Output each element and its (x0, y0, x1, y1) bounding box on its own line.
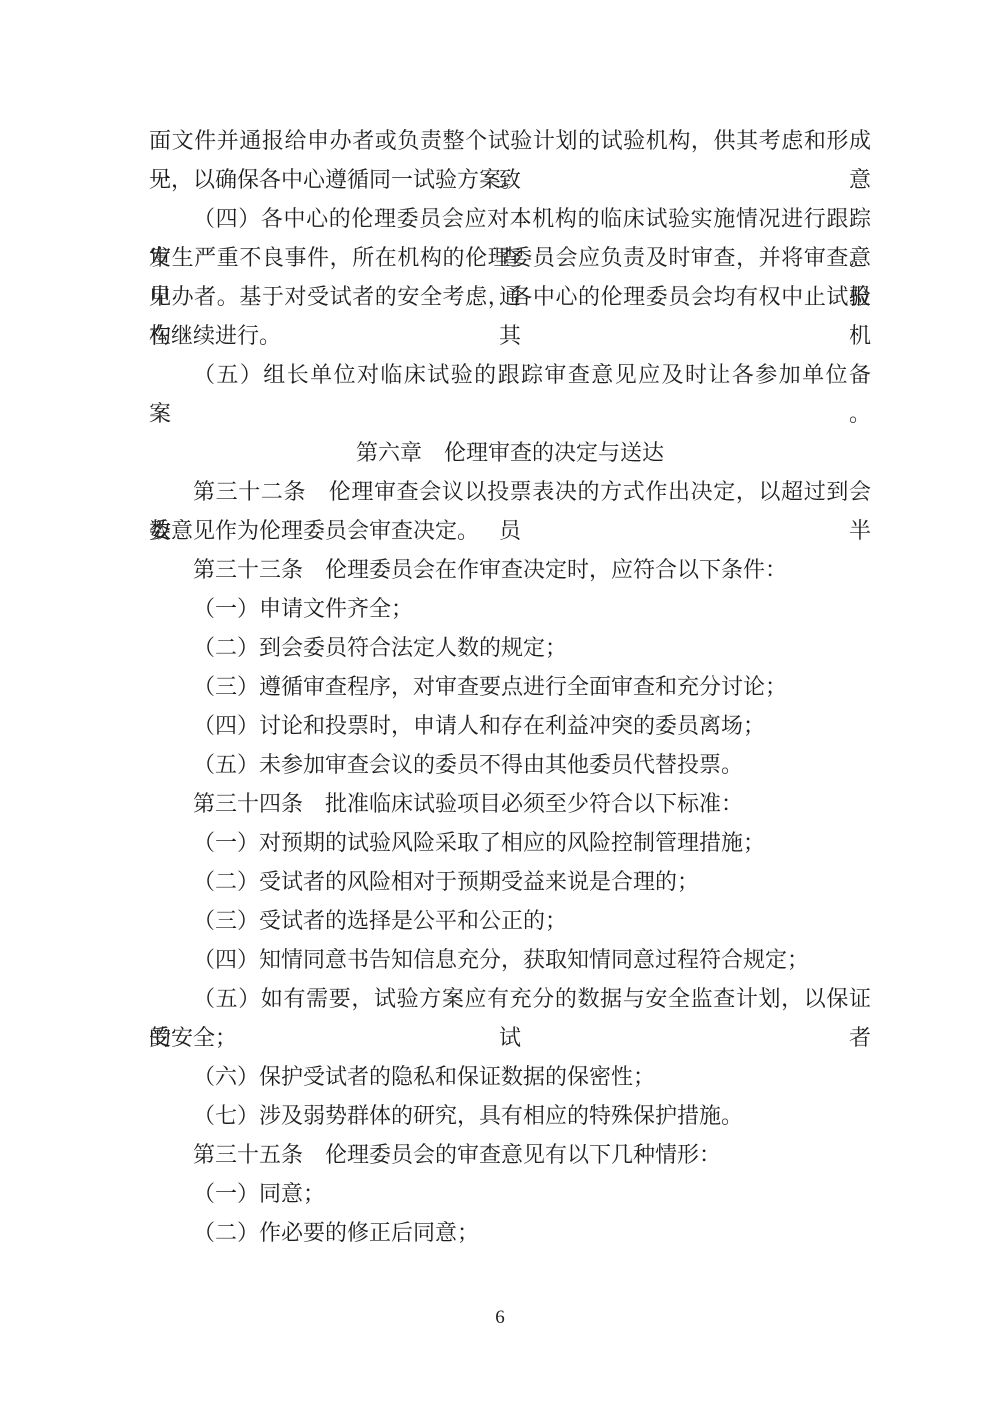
paragraph-line: 第三十五条 伦理委员会的审查意见有以下几种情形： (149, 1135, 871, 1174)
paragraph-line: （一）同意； (149, 1174, 871, 1213)
paragraph-line: 第三十二条 伦理审查会议以投票表决的方式作出决定，以超过到会委员半 (149, 472, 871, 511)
paragraph-line: 第三十三条 伦理委员会在作审查决定时，应符合以下条件： (149, 550, 871, 589)
paragraph-line: （四）讨论和投票时，申请人和存在利益冲突的委员离场； (149, 706, 871, 745)
paragraph-line: （二）作必要的修正后同意； (149, 1213, 871, 1252)
paragraph-line: 第三十四条 批准临床试验项目必须至少符合以下标准： (149, 784, 871, 823)
document-body: 面文件并通报给申办者或负责整个试验计划的试验机构，供其考虑和形成一致意见，以确保… (149, 121, 871, 1252)
paragraph-line: （四）各中心的伦理委员会应对本机构的临床试验实施情况进行跟踪审查。 (149, 199, 871, 238)
paragraph-line: （五）未参加审查会议的委员不得由其他委员代替投票。 (149, 745, 871, 784)
paragraph-line: （二）受试者的风险相对于预期受益来说是合理的； (149, 862, 871, 901)
paragraph-line: 发生严重不良事件，所在机构的伦理委员会应负责及时审查，并将审查意见通报 (149, 238, 871, 277)
paragraph-line: 申办者。基于对受试者的安全考虑，各中心的伦理委员会均有权中止试验在其机 (149, 277, 871, 316)
page-number: 6 (495, 1307, 505, 1328)
paragraph-line: （七）涉及弱势群体的研究，具有相应的特殊保护措施。 (149, 1096, 871, 1135)
paragraph-line: （三）受试者的选择是公平和公正的； (149, 901, 871, 940)
paragraph-line: （一）对预期的试验风险采取了相应的风险控制管理措施； (149, 823, 871, 862)
paragraph-line: （三）遵循审查程序，对审查要点进行全面审查和充分讨论； (149, 667, 871, 706)
paragraph-line: （一）申请文件齐全； (149, 589, 871, 628)
paragraph-line: （五）如有需要，试验方案应有充分的数据与安全监查计划，以保证受试者 (149, 979, 871, 1018)
paragraph-line: 面文件并通报给申办者或负责整个试验计划的试验机构，供其考虑和形成一致意 (149, 121, 871, 160)
chapter-heading: 第六章 伦理审查的决定与送达 (149, 433, 871, 472)
paragraph-line: （六）保护受试者的隐私和保证数据的保密性； (149, 1057, 871, 1096)
paragraph-line: （二）到会委员符合法定人数的规定； (149, 628, 871, 667)
paragraph-line: （四）知情同意书告知信息充分，获取知情同意过程符合规定； (149, 940, 871, 979)
document-page: 面文件并通报给申办者或负责整个试验计划的试验机构，供其考虑和形成一致意见，以确保… (0, 0, 1000, 1414)
paragraph-line: （五）组长单位对临床试验的跟踪审查意见应及时让各参加单位备案。 (149, 355, 871, 394)
page-footer: 6 (0, 1306, 1000, 1330)
